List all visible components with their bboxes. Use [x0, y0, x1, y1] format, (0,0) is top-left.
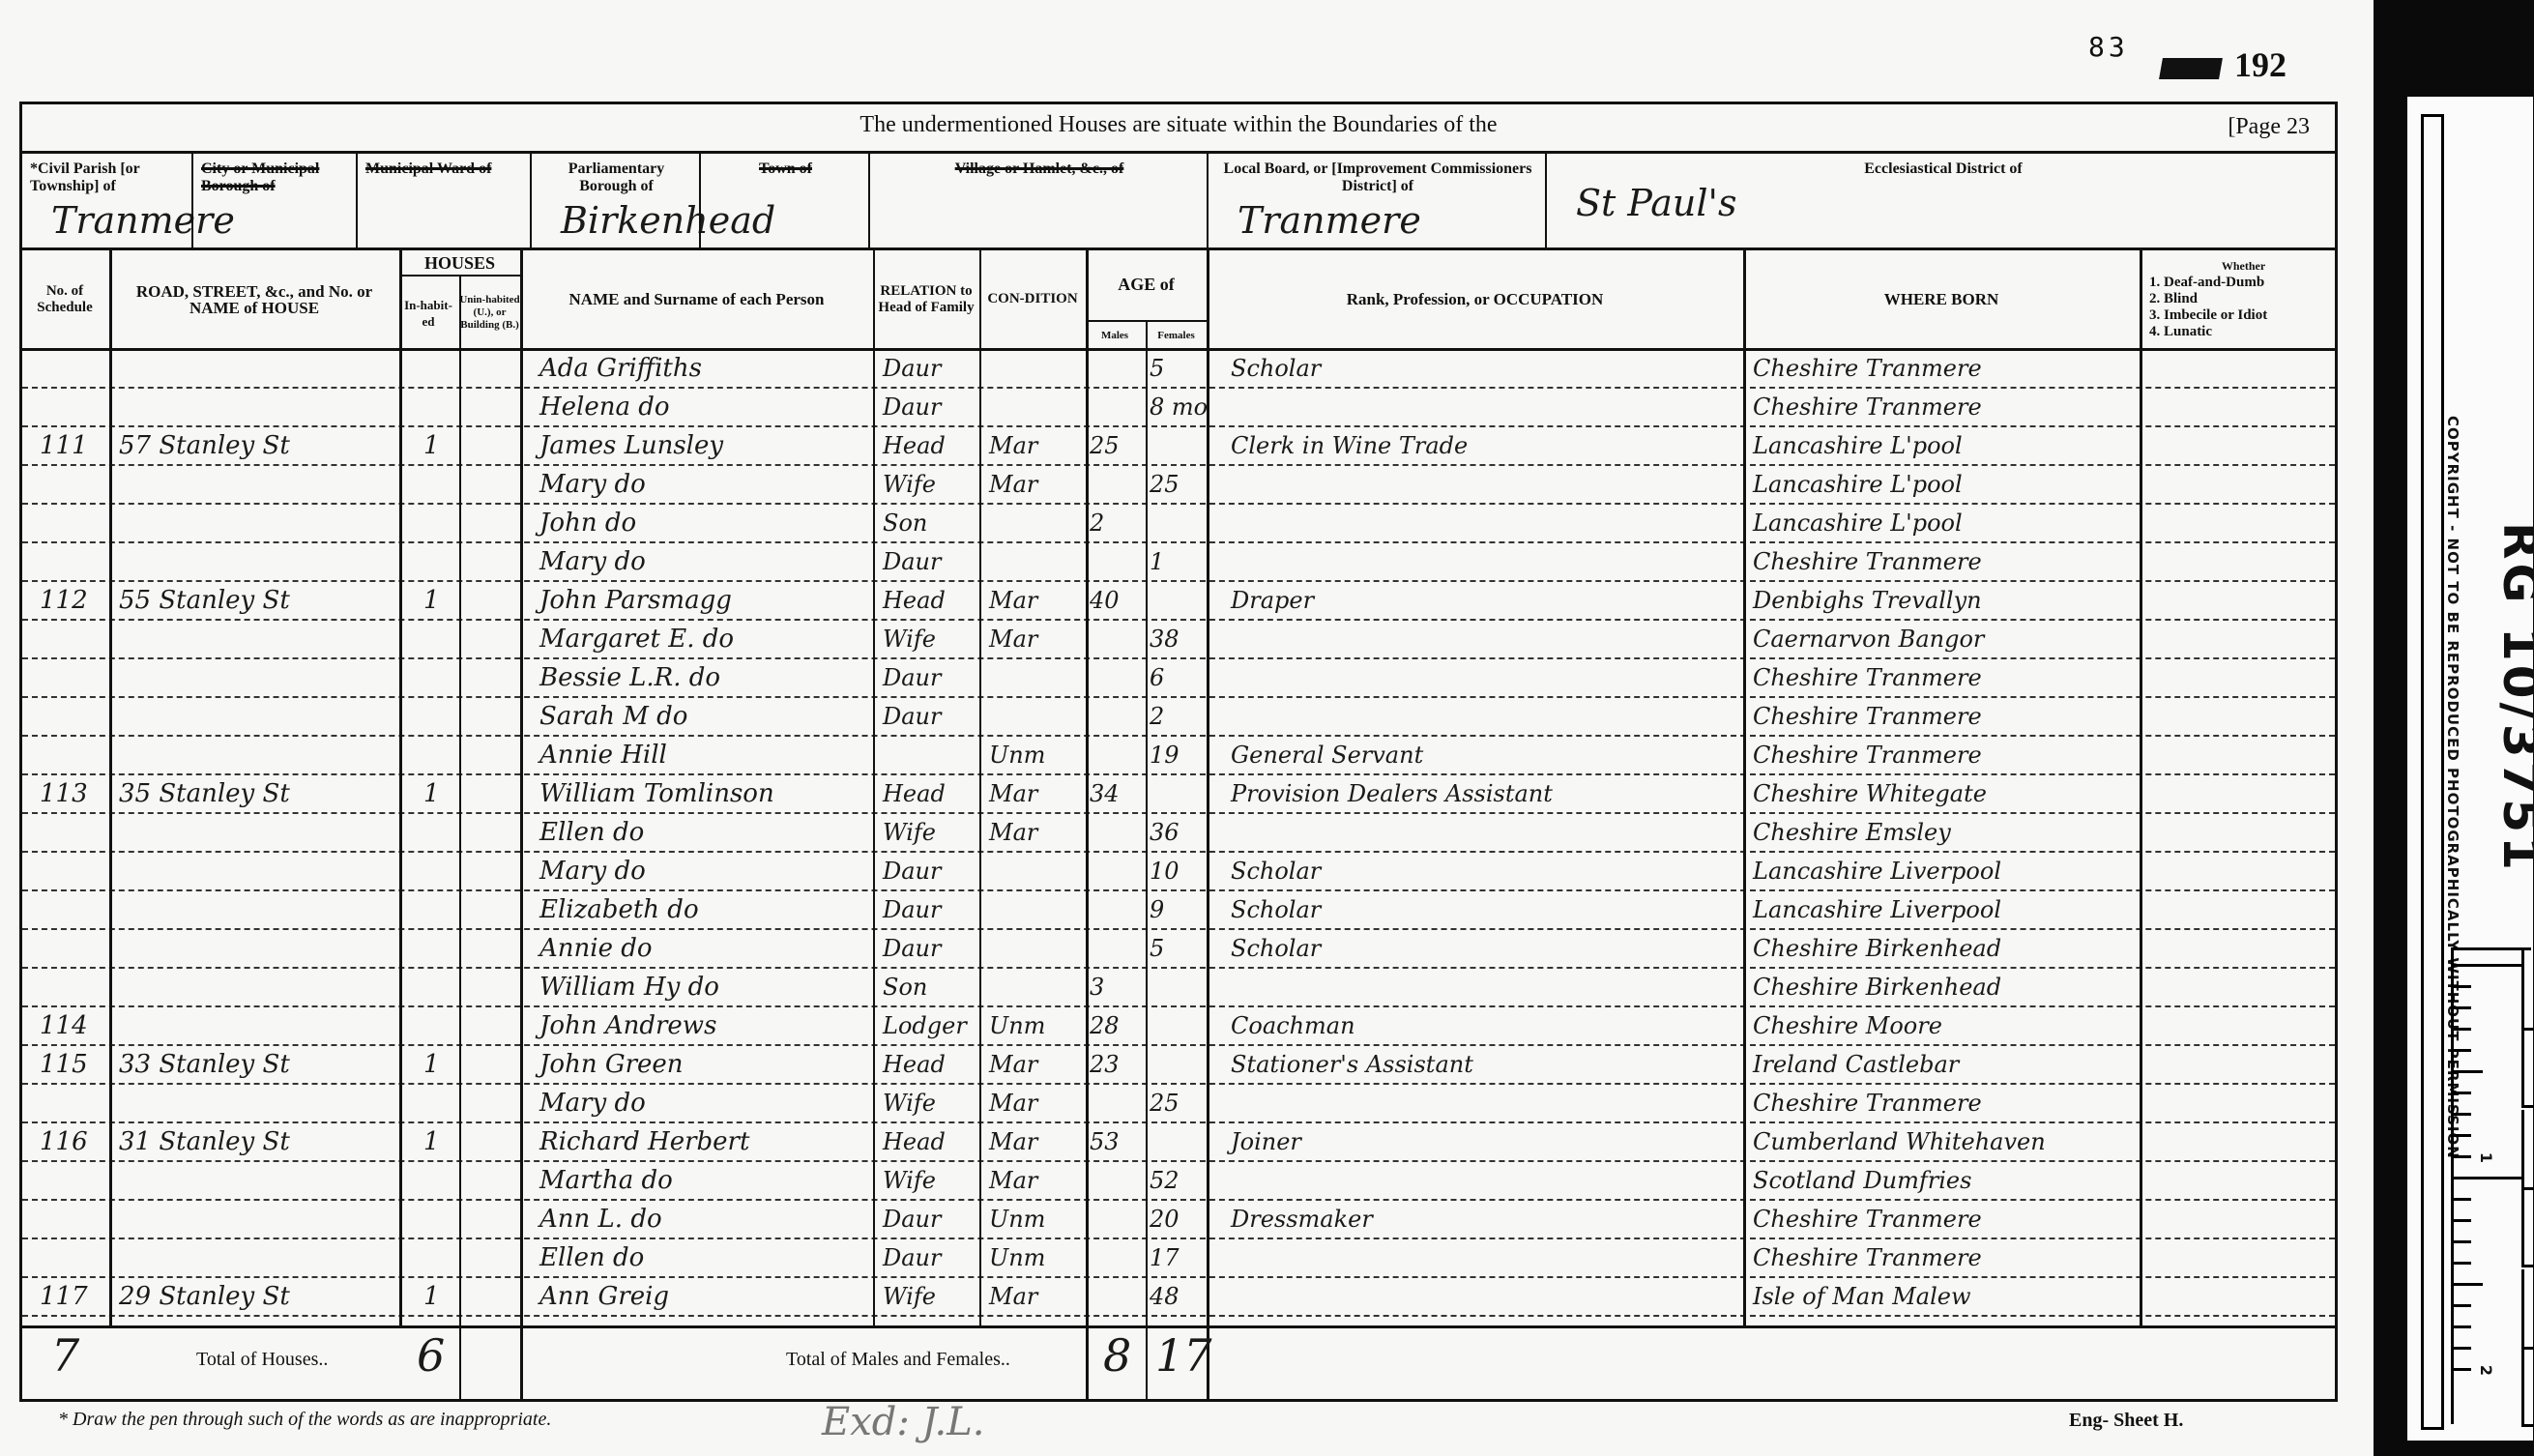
cell-relation: Daur	[883, 390, 979, 426]
cell-inhabited	[423, 970, 452, 1006]
cell-condition: Mar	[989, 428, 1086, 465]
ruler-tick	[2454, 1325, 2471, 1328]
ruler-tick	[2454, 1283, 2483, 1286]
header-box-value: St Paul's	[1547, 182, 2338, 224]
cell-born: Isle of Man Malew	[1753, 1279, 2140, 1316]
cell-schedule: 111	[40, 428, 107, 465]
infirmity-option-4: 4. Lunatic	[2149, 324, 2212, 340]
stamp-number: 192	[2161, 44, 2286, 85]
cell-address	[119, 1163, 399, 1200]
card-border	[2421, 114, 2444, 1430]
cell-male-age	[1090, 1279, 1144, 1316]
cell-name: Elizabeth do	[539, 892, 873, 929]
cell-male-age: 53	[1090, 1124, 1144, 1161]
cell-address	[119, 351, 399, 388]
cell-address: 33 Stanley St	[119, 1047, 399, 1084]
table-row: 11255 Stanley St1John ParsmaggHeadMar40D…	[22, 581, 2335, 620]
cell-occupation	[1231, 1163, 1743, 1200]
cell-address: 29 Stanley St	[119, 1279, 399, 1316]
cell-occupation: Scholar	[1231, 854, 1743, 890]
table-row: Ellen doWifeMar36Cheshire Emsley	[22, 813, 2335, 852]
archive-label-card: COPYRIGHT - NOT TO BE REPRODUCED PHOTOGR…	[2407, 97, 2533, 1441]
cell-born: Lancashire Liverpool	[1753, 854, 2140, 890]
ruler-box	[2521, 1110, 2534, 1190]
cell-relation: Daur	[883, 1240, 979, 1277]
cell-relation: Head	[883, 428, 979, 465]
cell-inhabited	[423, 815, 452, 852]
cell-born: Cheshire Tranmere	[1753, 1086, 2140, 1122]
cell-inhabited	[423, 854, 452, 890]
cell-schedule	[40, 970, 107, 1006]
infirmity-option-1: 1. Deaf-and-Dumb	[2149, 275, 2264, 291]
table-row: 11729 Stanley St1Ann GreigWifeMar48Isle …	[22, 1277, 2335, 1316]
cell-address	[119, 931, 399, 968]
cell-male-age	[1090, 738, 1144, 774]
table-row: 11631 Stanley St1Richard HerbertHeadMar5…	[22, 1122, 2335, 1161]
cell-born: Cheshire Birkenhead	[1753, 970, 2140, 1006]
table-row: Mary doDaur10ScholarLancashire Liverpool	[22, 852, 2335, 890]
cell-male-age	[1090, 1086, 1144, 1122]
cell-occupation: Clerk in Wine Trade	[1231, 428, 1743, 465]
column-rule	[356, 151, 358, 248]
cell-inhabited	[423, 1086, 452, 1122]
cell-condition: Unm	[989, 1202, 1086, 1238]
cell-born: Lancashire L'pool	[1753, 506, 2140, 542]
cell-schedule	[40, 1163, 107, 1200]
cell-relation: Daur	[883, 892, 979, 929]
cell-name: Ann L. do	[539, 1202, 873, 1238]
cell-occupation	[1231, 1279, 1743, 1316]
cell-condition: Mar	[989, 467, 1086, 504]
infirmity-option-3: 3. Imbecile or Idiot	[2149, 307, 2267, 324]
cell-occupation	[1231, 1086, 1743, 1122]
ruler-box	[2521, 1347, 2534, 1427]
cell-relation: Wife	[883, 467, 979, 504]
column-rule	[109, 248, 112, 1325]
table-row: William Hy doSon3Cheshire Birkenhead	[22, 968, 2335, 1006]
cell-male-age	[1090, 931, 1144, 968]
column-rule	[399, 248, 402, 1325]
total-persons-label: Total of Males and Females..	[786, 1349, 1010, 1371]
col-schedule: No. of Schedule	[22, 249, 107, 349]
header-box-5: Town of	[699, 153, 868, 249]
cell-born: Cheshire Tranmere	[1753, 390, 2140, 426]
cell-relation: Daur	[883, 854, 979, 890]
cell-schedule: 117	[40, 1279, 107, 1316]
cell-occupation: Dressmaker	[1231, 1202, 1743, 1238]
total-schedules: 7	[51, 1329, 79, 1382]
column-rule	[699, 151, 701, 248]
header-box-value: Tranmere	[1209, 199, 1545, 242]
table-row: 11533 Stanley St1John GreenHeadMar23Stat…	[22, 1045, 2335, 1084]
table-row: Martha doWifeMar52Scotland Dumfries	[22, 1161, 2335, 1200]
cell-condition	[989, 854, 1086, 890]
cell-born: Lancashire Liverpool	[1753, 892, 2140, 929]
cell-relation	[883, 738, 979, 774]
scale-ruler: 12	[2451, 947, 2531, 1424]
cell-occupation: Joiner	[1231, 1124, 1743, 1161]
cell-schedule	[40, 892, 107, 929]
cell-address	[119, 544, 399, 581]
cell-born: Cheshire Moore	[1753, 1008, 2140, 1045]
ruler-tick	[2454, 1006, 2471, 1009]
cell-schedule	[40, 931, 107, 968]
table-row: 114John AndrewsLodgerUnm28CoachmanCheshi…	[22, 1006, 2335, 1045]
header-box-label: Ecclesiastical District of	[1547, 153, 2338, 178]
cell-male-age	[1090, 544, 1144, 581]
cell-inhabited	[423, 622, 452, 658]
table-row: Mary doDaur1Cheshire Tranmere	[22, 542, 2335, 581]
cell-relation: Wife	[883, 1279, 979, 1316]
ruler-tick	[2454, 1134, 2471, 1137]
cell-born: Cheshire Tranmere	[1753, 738, 2140, 774]
cell-born: Lancashire L'pool	[1753, 467, 2140, 504]
column-rule	[1207, 151, 1209, 248]
cell-male-age: 28	[1090, 1008, 1144, 1045]
cell-name: John do	[539, 506, 873, 542]
cell-born: Cheshire Whitegate	[1753, 776, 2140, 813]
cell-female-age	[1150, 1008, 1206, 1045]
cell-female-age: 5	[1150, 931, 1206, 968]
cell-occupation	[1231, 1240, 1743, 1277]
cell-female-age: 1	[1150, 544, 1206, 581]
cell-name: Richard Herbert	[539, 1124, 873, 1161]
table-row: Annie doDaur5ScholarCheshire Birkenhead	[22, 929, 2335, 968]
total-females: 17	[1155, 1329, 1212, 1382]
table-row: Ada GriffithsDaur5ScholarCheshire Tranme…	[22, 349, 2335, 388]
cell-inhabited	[423, 1240, 452, 1277]
cell-occupation	[1231, 390, 1743, 426]
cell-schedule: 115	[40, 1047, 107, 1084]
cell-address	[119, 390, 399, 426]
table-row: 11157 Stanley St1James LunsleyHeadMar25C…	[22, 426, 2335, 465]
cell-schedule	[40, 815, 107, 852]
table-row: 11335 Stanley St1William TomlinsonHeadMa…	[22, 774, 2335, 813]
ruler-tick	[2454, 1198, 2471, 1201]
cell-female-age: 17	[1150, 1240, 1206, 1277]
ruler-tick	[2454, 1049, 2471, 1052]
cell-condition: Unm	[989, 1008, 1086, 1045]
cell-female-age: 5	[1150, 351, 1206, 388]
cell-occupation	[1231, 970, 1743, 1006]
cell-address	[119, 506, 399, 542]
cell-name: John Andrews	[539, 1008, 873, 1045]
cell-relation: Wife	[883, 1163, 979, 1200]
cell-born: Cheshire Tranmere	[1753, 660, 2140, 697]
cell-occupation: Scholar	[1231, 892, 1743, 929]
header-box-3: Municipal Ward of	[356, 153, 530, 249]
cell-schedule	[40, 1240, 107, 1277]
cell-male-age: 2	[1090, 506, 1144, 542]
cell-inhabited	[423, 1008, 452, 1045]
cell-inhabited	[423, 1163, 452, 1200]
cell-name: Mary do	[539, 854, 873, 890]
cell-address	[119, 1086, 399, 1122]
col-occupation: Rank, Profession, or OCCUPATION	[1207, 249, 1743, 349]
cell-name: Mary do	[539, 544, 873, 581]
cell-schedule	[40, 390, 107, 426]
column-rule	[979, 248, 981, 1325]
column-rule	[520, 248, 523, 1400]
col-males: Males	[1086, 322, 1144, 349]
cell-female-age: 19	[1150, 738, 1206, 774]
ruler-tick	[2454, 1155, 2471, 1158]
cell-male-age	[1090, 390, 1144, 426]
cell-condition: Unm	[989, 1240, 1086, 1277]
cell-address	[119, 660, 399, 697]
cell-address: 55 Stanley St	[119, 583, 399, 620]
table-row: Bessie L.R. doDaur6Cheshire Tranmere	[22, 658, 2335, 697]
cell-address	[119, 699, 399, 736]
cell-condition	[989, 970, 1086, 1006]
cell-occupation	[1231, 467, 1743, 504]
cell-name: John Parsmagg	[539, 583, 873, 620]
cell-condition	[989, 660, 1086, 697]
cell-name: Mary do	[539, 467, 873, 504]
page-label: [Page 23	[2228, 114, 2310, 140]
cell-inhabited: 1	[423, 1279, 452, 1316]
cell-male-age	[1090, 854, 1144, 890]
cell-inhabited	[423, 892, 452, 929]
cell-schedule	[40, 1086, 107, 1122]
cell-male-age	[1090, 467, 1144, 504]
cell-condition: Mar	[989, 1086, 1086, 1122]
cell-born: Cheshire Tranmere	[1753, 544, 2140, 581]
column-rule	[191, 151, 193, 248]
ruler-tick	[2454, 985, 2471, 988]
cell-female-age	[1150, 776, 1206, 813]
cell-inhabited	[423, 467, 452, 504]
cell-address: 57 Stanley St	[119, 428, 399, 465]
header-box-label: Parliamentary Borough of	[532, 153, 699, 195]
total-houses-value: 6	[417, 1329, 445, 1382]
cell-relation: Wife	[883, 815, 979, 852]
cell-condition	[989, 390, 1086, 426]
cell-occupation	[1231, 815, 1743, 852]
table-row: Margaret E. doWifeMar38Caernarvon Bangor	[22, 620, 2335, 658]
column-rule	[2140, 248, 2142, 1325]
col-address: ROAD, STREET, &c., and No. or NAME of HO…	[109, 249, 399, 349]
infirmity-title: Whether	[2149, 258, 2338, 275]
cell-schedule: 112	[40, 583, 107, 620]
table-row: Mary doWifeMar25Cheshire Tranmere	[22, 1084, 2335, 1122]
cell-female-age: 36	[1150, 815, 1206, 852]
row-rule	[22, 1315, 2335, 1317]
cell-male-age	[1090, 660, 1144, 697]
col-name: NAME and Surname of each Person	[520, 249, 873, 349]
header-box-8: Ecclesiastical District ofSt Paul's	[1545, 153, 2338, 249]
cell-schedule	[40, 699, 107, 736]
cell-born: Cumberland Whitehaven	[1753, 1124, 2140, 1161]
cell-condition: Mar	[989, 1163, 1086, 1200]
cell-female-age: 38	[1150, 622, 1206, 658]
cell-born: Cheshire Tranmere	[1753, 1202, 2140, 1238]
census-form: The undermentioned Houses are situate wi…	[19, 102, 2338, 1402]
cell-occupation: Scholar	[1231, 351, 1743, 388]
cell-condition: Mar	[989, 1124, 1086, 1161]
column-rule	[1146, 320, 1148, 1400]
ruler-tick	[2454, 1028, 2471, 1031]
ruler-mark: 2	[2477, 1365, 2495, 1376]
ruler-box	[2521, 950, 2534, 1031]
cell-inhabited	[423, 544, 452, 581]
cell-occupation	[1231, 506, 1743, 542]
cell-name: Ellen do	[539, 1240, 873, 1277]
header-box-value: Tranmere	[22, 199, 191, 242]
cell-name: Annie do	[539, 931, 873, 968]
cell-inhabited	[423, 699, 452, 736]
cell-address	[119, 854, 399, 890]
cell-condition	[989, 892, 1086, 929]
cell-address	[119, 892, 399, 929]
ruler-tick	[2454, 1092, 2471, 1094]
cell-name: Sarah M do	[539, 699, 873, 736]
cell-condition: Unm	[989, 738, 1086, 774]
ruler-tick	[2454, 1304, 2471, 1307]
table-row: Ann L. doDaurUnm20DressmakerCheshire Tra…	[22, 1200, 2335, 1238]
cell-condition: Mar	[989, 776, 1086, 813]
cell-address	[119, 1008, 399, 1045]
cell-born: Cheshire Tranmere	[1753, 699, 2140, 736]
table-row: Mary doWifeMar25Lancashire L'pool	[22, 465, 2335, 504]
cell-female-age: 8 mo	[1150, 390, 1206, 426]
cell-male-age	[1090, 622, 1144, 658]
cell-schedule	[40, 467, 107, 504]
cell-schedule	[40, 622, 107, 658]
column-rule	[1086, 248, 1089, 1400]
table-row: Sarah M doDaur2Cheshire Tranmere	[22, 697, 2335, 736]
cell-born: Scotland Dumfries	[1753, 1163, 2140, 1200]
cell-inhabited: 1	[423, 428, 452, 465]
cell-schedule	[40, 738, 107, 774]
cell-born: Denbighs Trevallyn	[1753, 583, 2140, 620]
cell-relation: Wife	[883, 1086, 979, 1122]
cell-inhabited	[423, 506, 452, 542]
cell-inhabited: 1	[423, 776, 452, 813]
cell-occupation: Coachman	[1231, 1008, 1743, 1045]
header-box-label: City or Municipal Borough of	[193, 153, 356, 195]
cell-inhabited	[423, 660, 452, 697]
table-row: Helena doDaur8 moCheshire Tranmere	[22, 388, 2335, 426]
cell-female-age: 10	[1150, 854, 1206, 890]
cell-relation: Head	[883, 1124, 979, 1161]
cell-name: Ellen do	[539, 815, 873, 852]
column-rule	[1207, 248, 1209, 1400]
col-where-born: WHERE BORN	[1743, 249, 2140, 349]
cell-male-age: 25	[1090, 428, 1144, 465]
cell-born: Cheshire Birkenhead	[1753, 931, 2140, 968]
cell-relation: Wife	[883, 622, 979, 658]
cell-name: Helena do	[539, 390, 873, 426]
cell-female-age: 9	[1150, 892, 1206, 929]
cell-schedule: 116	[40, 1124, 107, 1161]
table-row: Ellen doDaurUnm17Cheshire Tranmere	[22, 1238, 2335, 1277]
cell-schedule	[40, 854, 107, 890]
column-rule	[1545, 151, 1547, 248]
cell-inhabited: 1	[423, 1124, 452, 1161]
cell-name: William Tomlinson	[539, 776, 873, 813]
cell-male-age	[1090, 815, 1144, 852]
cell-condition: Mar	[989, 583, 1086, 620]
cell-male-age	[1090, 1163, 1144, 1200]
cell-address	[119, 815, 399, 852]
ruler-tick	[2454, 1368, 2471, 1371]
cell-occupation: Stationer's Assistant	[1231, 1047, 1743, 1084]
cell-male-age: 23	[1090, 1047, 1144, 1084]
cell-female-age	[1150, 583, 1206, 620]
table-row: Annie HillUnm19General ServantCheshire T…	[22, 736, 2335, 774]
ruler-box	[2521, 1269, 2534, 1350]
total-houses-label: Total of Houses..	[196, 1349, 328, 1371]
infirmity-option-2: 2. Blind	[2149, 291, 2198, 307]
cell-condition	[989, 351, 1086, 388]
cell-condition: Mar	[989, 1279, 1086, 1316]
cell-address: 35 Stanley St	[119, 776, 399, 813]
cell-name: James Lunsley	[539, 428, 873, 465]
cell-inhabited	[423, 738, 452, 774]
cell-name: Mary do	[539, 1086, 873, 1122]
cell-male-age	[1090, 1240, 1144, 1277]
cell-born: Ireland Castlebar	[1753, 1047, 2140, 1084]
cell-male-age	[1090, 892, 1144, 929]
cell-schedule: 114	[40, 1008, 107, 1045]
cell-inhabited	[423, 351, 452, 388]
cell-relation: Daur	[883, 351, 979, 388]
cell-male-age: 40	[1090, 583, 1144, 620]
cell-inhabited: 1	[423, 1047, 452, 1084]
cell-name: Martha do	[539, 1163, 873, 1200]
cell-name: Annie Hill	[539, 738, 873, 774]
cell-relation: Son	[883, 970, 979, 1006]
cell-occupation	[1231, 544, 1743, 581]
cell-male-age: 34	[1090, 776, 1144, 813]
column-rule	[530, 151, 532, 248]
column-rule	[873, 248, 875, 1325]
cell-inhabited	[423, 390, 452, 426]
cell-schedule	[40, 544, 107, 581]
cell-address	[119, 622, 399, 658]
header-box-label: Municipal Ward of	[358, 153, 530, 178]
cell-relation: Head	[883, 776, 979, 813]
cell-male-age: 3	[1090, 970, 1144, 1006]
piece-reference: RG 10/3751	[2492, 522, 2534, 874]
ruler-tick	[2454, 1177, 2521, 1179]
cell-occupation	[1231, 660, 1743, 697]
cell-condition: Mar	[989, 622, 1086, 658]
cell-condition	[989, 506, 1086, 542]
header-box-value: Birkenhead	[532, 199, 699, 242]
cell-occupation: Draper	[1231, 583, 1743, 620]
header-box-2: City or Municipal Borough of	[191, 153, 356, 249]
cell-female-age: 48	[1150, 1279, 1206, 1316]
column-rule	[459, 275, 461, 1400]
cell-name: William Hy do	[539, 970, 873, 1006]
cell-male-age	[1090, 1202, 1144, 1238]
cell-schedule	[40, 1202, 107, 1238]
ruler-tick	[2454, 1113, 2471, 1116]
cell-male-age	[1090, 351, 1144, 388]
header-box-7: Local Board, or [Improvement Commissione…	[1207, 153, 1545, 249]
cell-name: Ann Greig	[539, 1279, 873, 1316]
cell-female-age: 25	[1150, 467, 1206, 504]
cell-female-age	[1150, 1124, 1206, 1161]
totals-row: 7 Total of Houses.. 6 Total of Males and…	[22, 1325, 2335, 1401]
cell-occupation: Scholar	[1231, 931, 1743, 968]
ruler-box	[2521, 1187, 2534, 1267]
ruler-tick	[2454, 1219, 2471, 1222]
col-inhabited: In-habit-ed	[399, 277, 457, 349]
ruler-tick	[2454, 1240, 2471, 1243]
